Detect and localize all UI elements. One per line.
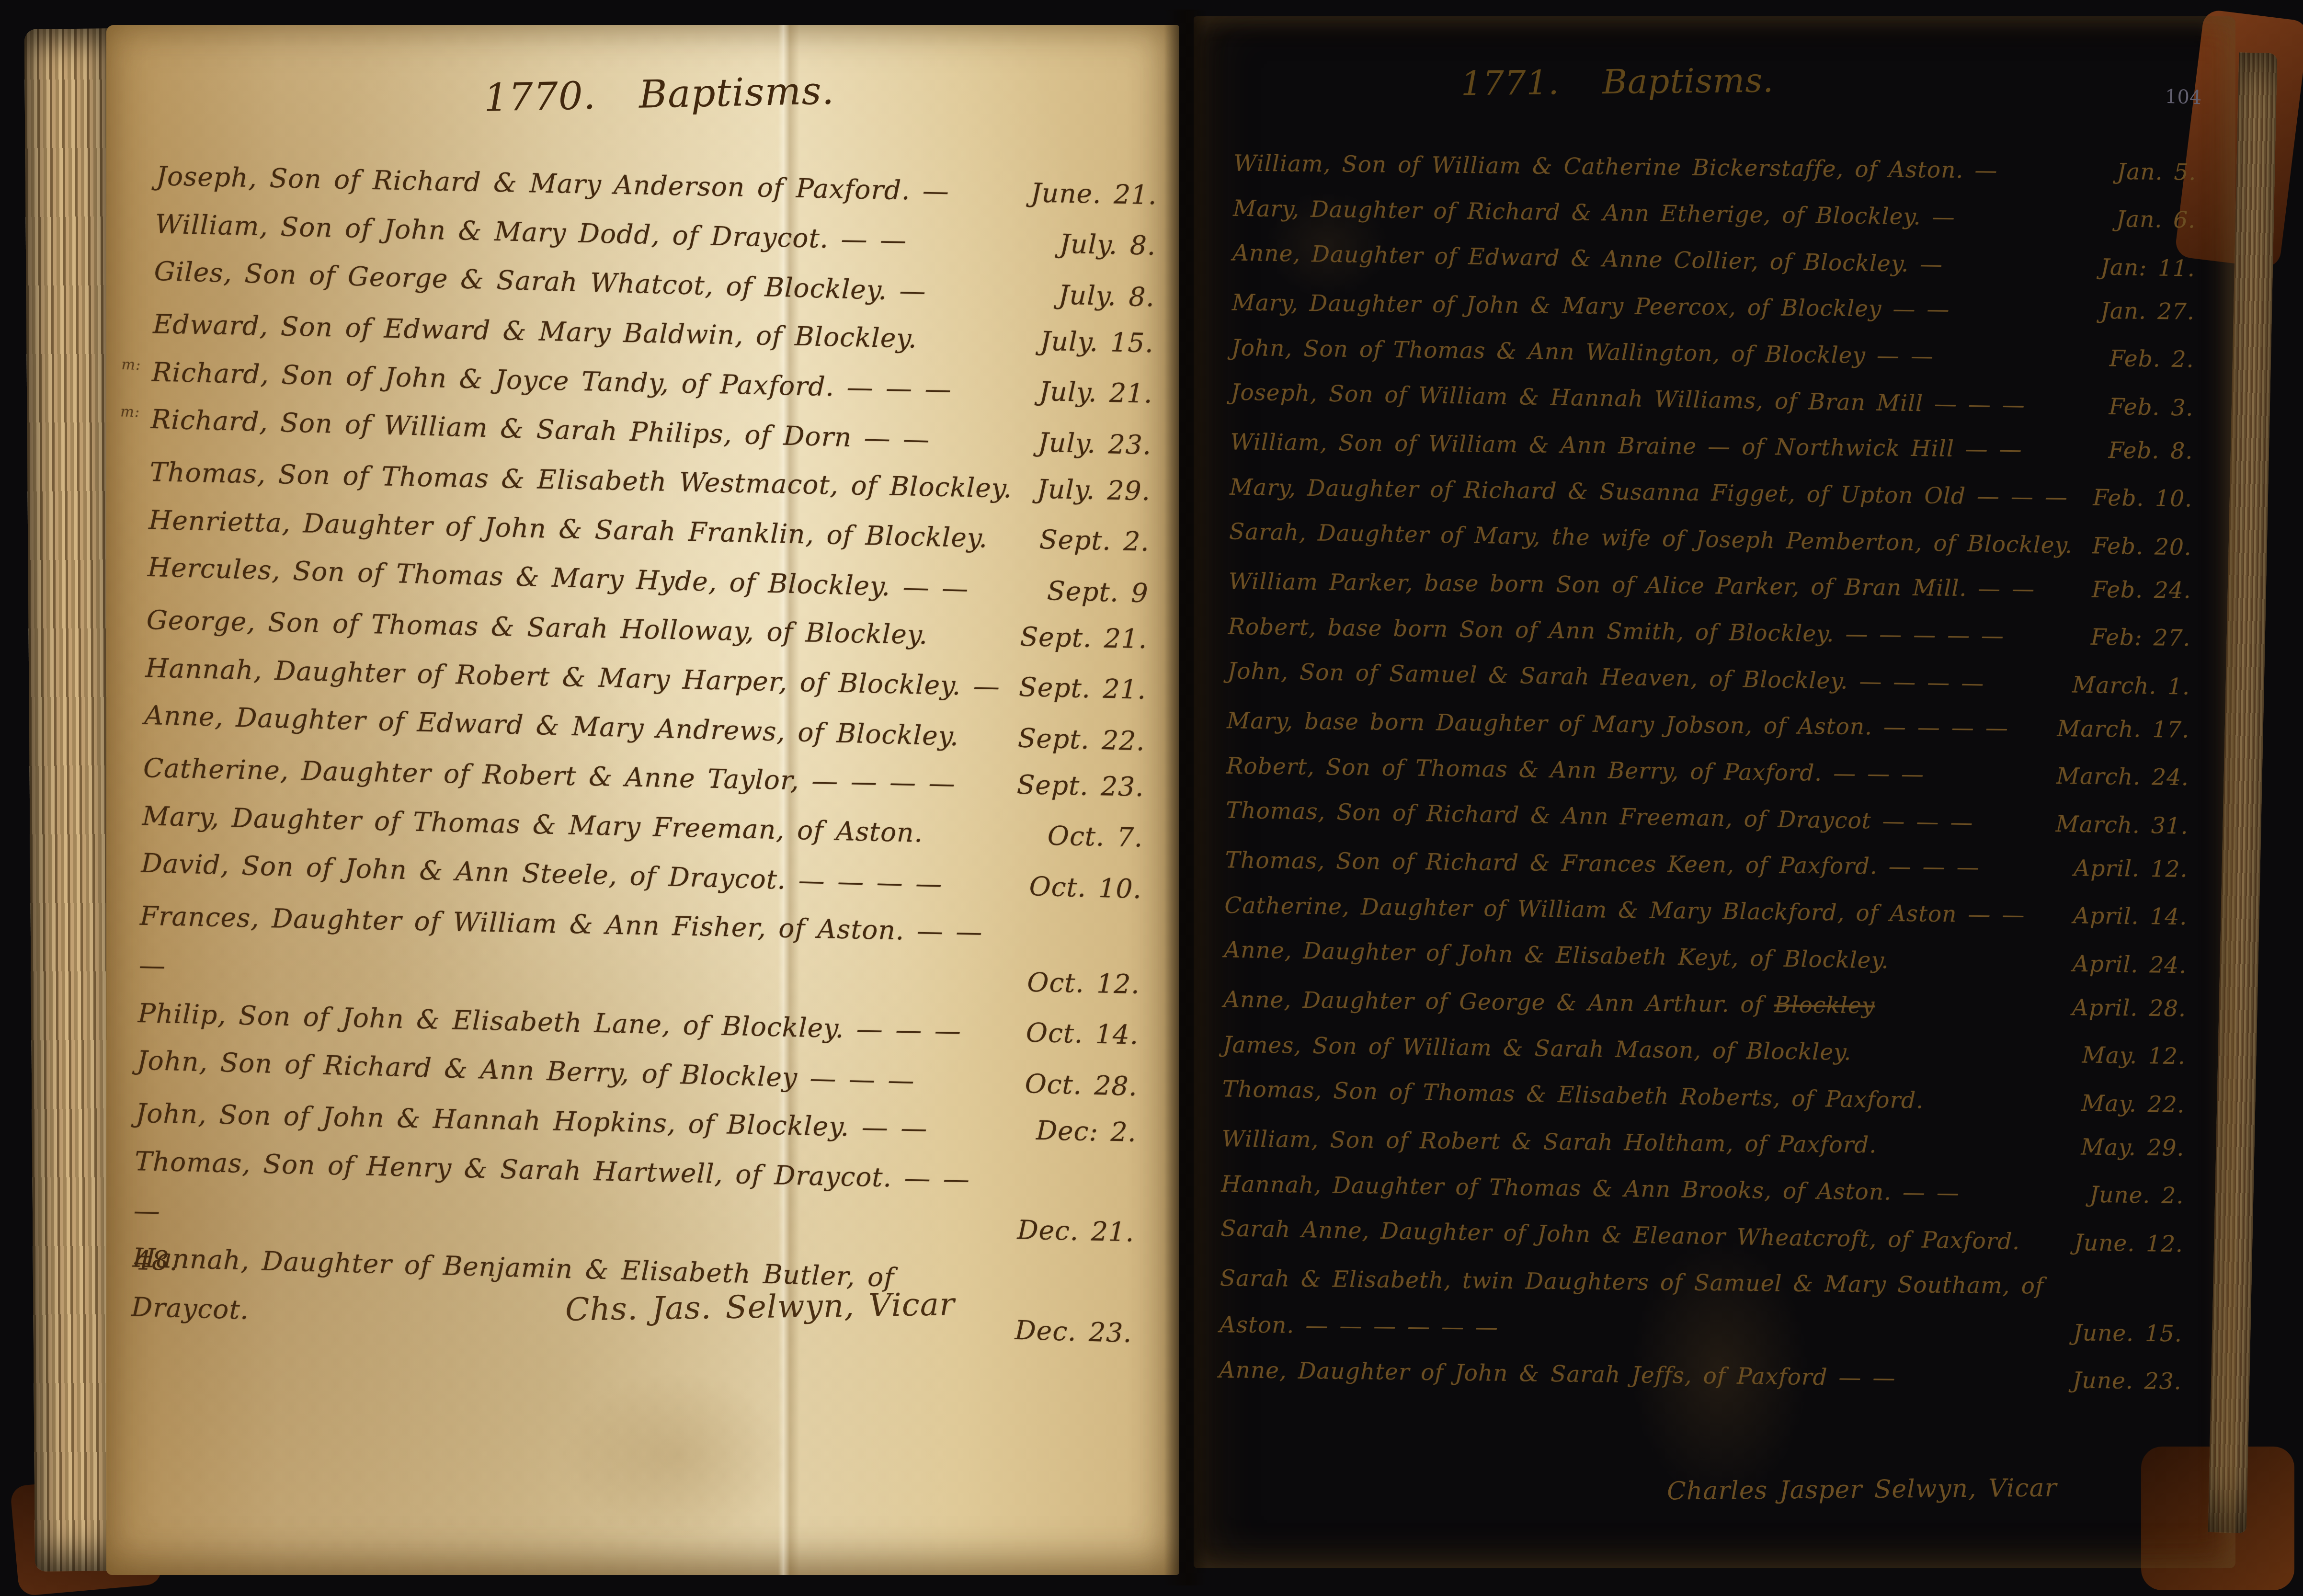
entry-date: Sept. 22. — [1017, 713, 1146, 766]
folio-page-number: 104 — [2165, 86, 2202, 109]
entry-date: Feb: 27. — [2090, 614, 2191, 662]
entry-date: June. 2. — [2089, 1172, 2184, 1219]
entry-date: Oct. 28. — [1024, 1059, 1138, 1111]
right-page-year: 1771. — [1461, 63, 1560, 103]
entry-text: Frances, Daughter of William & Ann Fishe… — [138, 891, 1011, 1007]
entry-date: Feb. 20. — [2092, 523, 2192, 570]
entry-date: Dec: 2. — [1036, 1106, 1137, 1157]
entry-date: March. 1. — [2072, 662, 2191, 710]
entry-date: July. 23. — [1037, 418, 1152, 470]
entry-date: Sept. 21. — [1020, 612, 1148, 664]
entry-date: July. 21. — [1038, 367, 1153, 419]
entry-date: July. 29. — [1037, 465, 1151, 516]
entry-date: July. 8. — [1058, 270, 1155, 322]
entry-date: Oct. 7. — [1047, 811, 1144, 862]
book-spine-gutter — [1164, 10, 1207, 1585]
left-page-entry-list: Joseph, Son of Richard & Mary Anderson o… — [131, 150, 1157, 1356]
entry-date: Oct. 12. — [1026, 958, 1140, 1009]
entry-date: Oct. 14. — [1026, 1008, 1140, 1060]
entry-date: Feb. 3. — [2109, 384, 2194, 432]
entry-date: Sept. 9 — [1047, 566, 1149, 618]
entry-text: Sarah & Elisabeth, twin Daughters of Sam… — [1219, 1255, 2056, 1356]
entry-date: March. 17. — [2057, 706, 2190, 753]
entry-date: Dec. 21. — [1016, 1205, 1135, 1257]
right-page-title: Baptisms. — [1602, 61, 1774, 102]
left-page-count-note: 48. — [134, 1245, 178, 1277]
margin-mark: m: — [121, 340, 141, 390]
entry-date: Sept. 2. — [1039, 515, 1150, 567]
left-page-year: 1770. — [483, 73, 596, 120]
right-page-entry-list: William, Son of William & Catherine Bick… — [1219, 139, 2197, 1405]
entry-date: April. 28. — [2072, 984, 2186, 1032]
register-entry: Sarah & Elisabeth, twin Daughters of Sam… — [1219, 1255, 2183, 1357]
entry-date: April. 14. — [2073, 892, 2188, 940]
entry-date: Jan. 5. — [2117, 148, 2197, 196]
entry-date: July. 8. — [1059, 219, 1156, 271]
entry-date: Sept. 23. — [1016, 760, 1145, 812]
entry-date: May. 12. — [2082, 1032, 2186, 1080]
entry-date: Feb. 10. — [2093, 475, 2193, 523]
entry-date: June. 21. — [1030, 168, 1158, 220]
entry-date: May. 22. — [2081, 1080, 2186, 1129]
entry-date: April. 24. — [2072, 941, 2187, 989]
entry-date: March. 31. — [2055, 801, 2189, 850]
entry-date: March. 24. — [2056, 753, 2189, 801]
entry-date: Feb. 24. — [2092, 567, 2192, 614]
entry-date: Sept. 21. — [1018, 662, 1147, 715]
entry-date: June. 12. — [2074, 1220, 2183, 1268]
margin-mark: m: — [120, 387, 141, 437]
entry-date: Feb. 2. — [2109, 335, 2194, 383]
entry-date: June. 15. — [2073, 1310, 2183, 1357]
register-book-photo: 1770.Baptisms. 1771.Baptisms. 104 Joseph… — [0, 0, 2303, 1596]
entry-date: Jan. 6. — [2116, 196, 2196, 243]
entry-date: Dec. 23. — [1014, 1306, 1133, 1358]
entry-date: Feb. 8. — [2108, 427, 2193, 475]
entry-date: May. 29. — [2081, 1124, 2185, 1172]
right-page-heading: 1771.Baptisms. — [1461, 61, 1774, 103]
entry-date: Oct. 10. — [1028, 862, 1142, 914]
entry-date: Jan. 27. — [2100, 288, 2195, 335]
entry-date: July. 15. — [1040, 317, 1154, 368]
entry-date: Jan: 11. — [2100, 244, 2195, 292]
entry-date: April. 12. — [2074, 845, 2188, 892]
left-page-heading: 1770.Baptisms. — [483, 68, 835, 120]
vicar-signature-right: Charles Jasper Selwyn, Vicar — [1667, 1473, 2057, 1505]
entry-date: June. 23. — [2072, 1357, 2182, 1405]
entry-text: Mary, base born Daughter of Mary Jobson,… — [1227, 697, 2040, 752]
left-page-title: Baptisms. — [638, 68, 835, 117]
vicar-signature-left: Chs. Jas. Selwyn, Vicar — [565, 1286, 956, 1328]
